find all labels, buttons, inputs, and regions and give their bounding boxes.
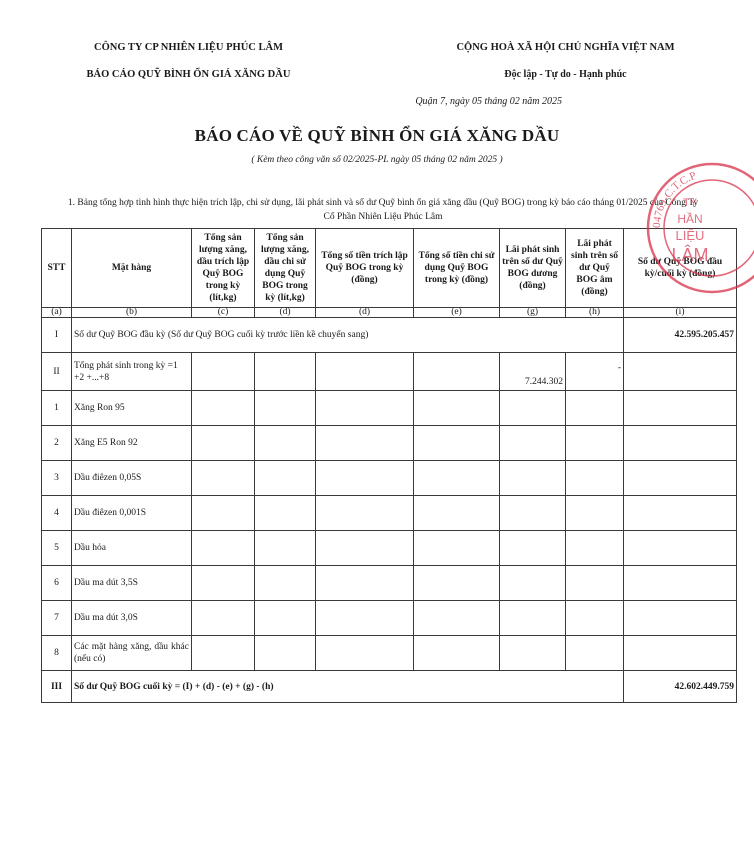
- cell-empty: [414, 391, 500, 426]
- cell-empty: [414, 531, 500, 566]
- row-stt: 2: [42, 426, 72, 461]
- table-row: 5Dầu hỏa: [42, 531, 737, 566]
- interest-positive-value: 7.244.302: [500, 353, 566, 391]
- row-item-name: Xăng Ron 95: [72, 391, 192, 426]
- company-name: CÔNG TY CP NHIÊN LIỆU PHÚC LÂM: [0, 42, 377, 53]
- cell-empty: [192, 353, 255, 391]
- page-subtitle: ( Kèm theo công văn số 02/2025-PL ngày 0…: [0, 155, 754, 165]
- letter-h: (h): [566, 308, 624, 318]
- cell-empty: [255, 391, 316, 426]
- cell-empty: [316, 391, 414, 426]
- row-stt: I: [42, 318, 72, 353]
- header-stt: STT: [42, 229, 72, 308]
- cell-empty: [566, 566, 624, 601]
- cell-empty: [192, 601, 255, 636]
- row-item-name: Dầu điêzen 0,001S: [72, 496, 192, 531]
- cell-empty: [500, 426, 566, 461]
- cell-empty: [566, 496, 624, 531]
- header-volume-used: Tổng sản lượng xăng, dầu chi sử dụng Quỹ…: [255, 229, 316, 308]
- closing-balance-value: 42.602.449.759: [624, 671, 737, 703]
- cell-empty: [316, 496, 414, 531]
- cell-empty: [624, 601, 737, 636]
- cell-empty: [316, 531, 414, 566]
- header-amount-accrued: Tổng số tiền trích lập Quỹ BOG trong kỳ …: [316, 229, 414, 308]
- letter-d2: (d): [316, 308, 414, 318]
- cell-empty: [500, 566, 566, 601]
- cell-empty: [624, 391, 737, 426]
- cell-empty: [414, 636, 500, 671]
- cell-empty: [566, 636, 624, 671]
- cell-empty: [624, 531, 737, 566]
- cell-empty: [566, 531, 624, 566]
- cell-empty: [255, 496, 316, 531]
- intro-line-2: Cổ Phần Nhiên Liệu Phúc Lâm: [30, 210, 736, 224]
- cell-empty: [566, 426, 624, 461]
- row-label: Số dư Quỹ BOG đầu kỳ (Số dư Quỹ BOG cuối…: [72, 318, 624, 353]
- cell-empty: [624, 496, 737, 531]
- cell-empty: [500, 601, 566, 636]
- row-item-name: Dầu ma dút 3,0S: [72, 601, 192, 636]
- table-row: 8Các mặt hàng xăng, dầu khác (nếu có): [42, 636, 737, 671]
- cell-empty: [624, 636, 737, 671]
- row-stt: 4: [42, 496, 72, 531]
- header-amount-used: Tổng số tiền chi sử dụng Quỹ BOG trong k…: [414, 229, 500, 308]
- letter-a: (a): [42, 308, 72, 318]
- row-stt: 3: [42, 461, 72, 496]
- cell-empty: [316, 601, 414, 636]
- cell-empty: [255, 531, 316, 566]
- table-row: 2Xăng E5 Ron 92: [42, 426, 737, 461]
- row-label: Tổng phát sinh trong kỳ =1 +2 +...+8: [72, 353, 192, 391]
- place-date: Quận 7, ngày 05 tháng 02 năm 2025: [372, 96, 562, 107]
- header-interest-negative: Lãi phát sinh trên số dư Quỹ BOG âm (đồn…: [566, 229, 624, 308]
- table-row: 6Dầu ma dút 3,5S: [42, 566, 737, 601]
- letter-c: (c): [192, 308, 255, 318]
- nation-name: CỘNG HOÀ XÃ HỘI CHỦ NGHĨA VIỆT NAM: [377, 42, 754, 53]
- row-stt: 5: [42, 531, 72, 566]
- cell-empty: [414, 353, 500, 391]
- cell-empty: [566, 461, 624, 496]
- row-item-name: Dầu hỏa: [72, 531, 192, 566]
- cell-empty: [566, 391, 624, 426]
- opening-balance-row: I Số dư Quỹ BOG đầu kỳ (Số dư Quỹ BOG cu…: [42, 318, 737, 353]
- cell-empty: [414, 461, 500, 496]
- cell-empty: [414, 496, 500, 531]
- intro-line-1: 1. Bảng tổng hợp tình hình thực hiện trí…: [30, 196, 736, 210]
- table-row: 7Dầu ma dút 3,0S: [42, 601, 737, 636]
- table-row: 4Dầu điêzen 0,001S: [42, 496, 737, 531]
- row-stt: II: [42, 353, 72, 391]
- cell-empty: [624, 353, 737, 391]
- cell-empty: [316, 461, 414, 496]
- opening-balance-value: 42.595.205.457: [624, 318, 737, 353]
- cell-empty: [255, 426, 316, 461]
- cell-empty: [500, 496, 566, 531]
- letter-i: (i): [624, 308, 737, 318]
- letter-d: (d): [255, 308, 316, 318]
- cell-empty: [500, 391, 566, 426]
- row-stt: 6: [42, 566, 72, 601]
- cell-empty: [500, 461, 566, 496]
- bog-fund-table: STT Mặt hàng Tổng sản lượng xăng, dầu tr…: [41, 228, 737, 703]
- cell-empty: [255, 353, 316, 391]
- cell-empty: [316, 636, 414, 671]
- letter-b: (b): [72, 308, 192, 318]
- cell-empty: [316, 566, 414, 601]
- row-label: Số dư Quỹ BOG cuối kỳ = (I) + (d) - (e) …: [72, 671, 624, 703]
- closing-balance-row: III Số dư Quỹ BOG cuối kỳ = (I) + (d) - …: [42, 671, 737, 703]
- cell-empty: [192, 566, 255, 601]
- letter-e: (e): [414, 308, 500, 318]
- page-title: BÁO CÁO VỀ QUỸ BÌNH ỔN GIÁ XĂNG DẦU: [0, 126, 754, 146]
- header-volume-accrued: Tổng sản lượng xăng, dầu trích lập Quỹ B…: [192, 229, 255, 308]
- interest-negative-value: -: [566, 353, 624, 391]
- cell-empty: [192, 461, 255, 496]
- table-header-row: STT Mặt hàng Tổng sản lượng xăng, dầu tr…: [42, 229, 737, 308]
- row-stt: 1: [42, 391, 72, 426]
- total-row: II Tổng phát sinh trong kỳ =1 +2 +...+8 …: [42, 353, 737, 391]
- cell-empty: [192, 426, 255, 461]
- cell-empty: [192, 531, 255, 566]
- header-interest-positive: Lãi phát sinh trên số dư Quỹ BOG dương (…: [500, 229, 566, 308]
- cell-empty: [500, 636, 566, 671]
- row-item-name: Xăng E5 Ron 92: [72, 426, 192, 461]
- row-item-name: Dầu ma dút 3,5S: [72, 566, 192, 601]
- cell-empty: [414, 426, 500, 461]
- cell-empty: [500, 531, 566, 566]
- row-item-name: Các mặt hàng xăng, dầu khác (nếu có): [72, 636, 192, 671]
- intro-paragraph: 1. Bảng tổng hợp tình hình thực hiện trí…: [30, 196, 736, 224]
- cell-empty: [624, 426, 737, 461]
- table-row: 1Xăng Ron 95: [42, 391, 737, 426]
- cell-empty: [566, 601, 624, 636]
- cell-empty: [255, 566, 316, 601]
- cell-empty: [255, 461, 316, 496]
- letter-g: (g): [500, 308, 566, 318]
- row-stt: III: [42, 671, 72, 703]
- cell-empty: [192, 496, 255, 531]
- national-motto: Độc lập - Tự do - Hạnh phúc: [377, 69, 754, 80]
- cell-empty: [192, 636, 255, 671]
- cell-empty: [255, 601, 316, 636]
- header-item: Mặt hàng: [72, 229, 192, 308]
- cell-empty: [192, 391, 255, 426]
- cell-empty: [414, 601, 500, 636]
- header-balance: Số dư Quỹ BOG đầu kỳ/cuối kỳ (đồng): [624, 229, 737, 308]
- cell-empty: [624, 566, 737, 601]
- row-stt: 7: [42, 601, 72, 636]
- column-letter-row: (a) (b) (c) (d) (d) (e) (g) (h) (i): [42, 308, 737, 318]
- report-label: BÁO CÁO QUỸ BÌNH ỔN GIÁ XĂNG DẦU: [0, 69, 377, 80]
- row-item-name: Dầu điêzen 0,05S: [72, 461, 192, 496]
- cell-empty: [316, 426, 414, 461]
- cell-empty: [414, 566, 500, 601]
- cell-empty: [624, 461, 737, 496]
- cell-empty: [255, 636, 316, 671]
- row-stt: 8: [42, 636, 72, 671]
- cell-empty: [316, 353, 414, 391]
- table-row: 3Dầu điêzen 0,05S: [42, 461, 737, 496]
